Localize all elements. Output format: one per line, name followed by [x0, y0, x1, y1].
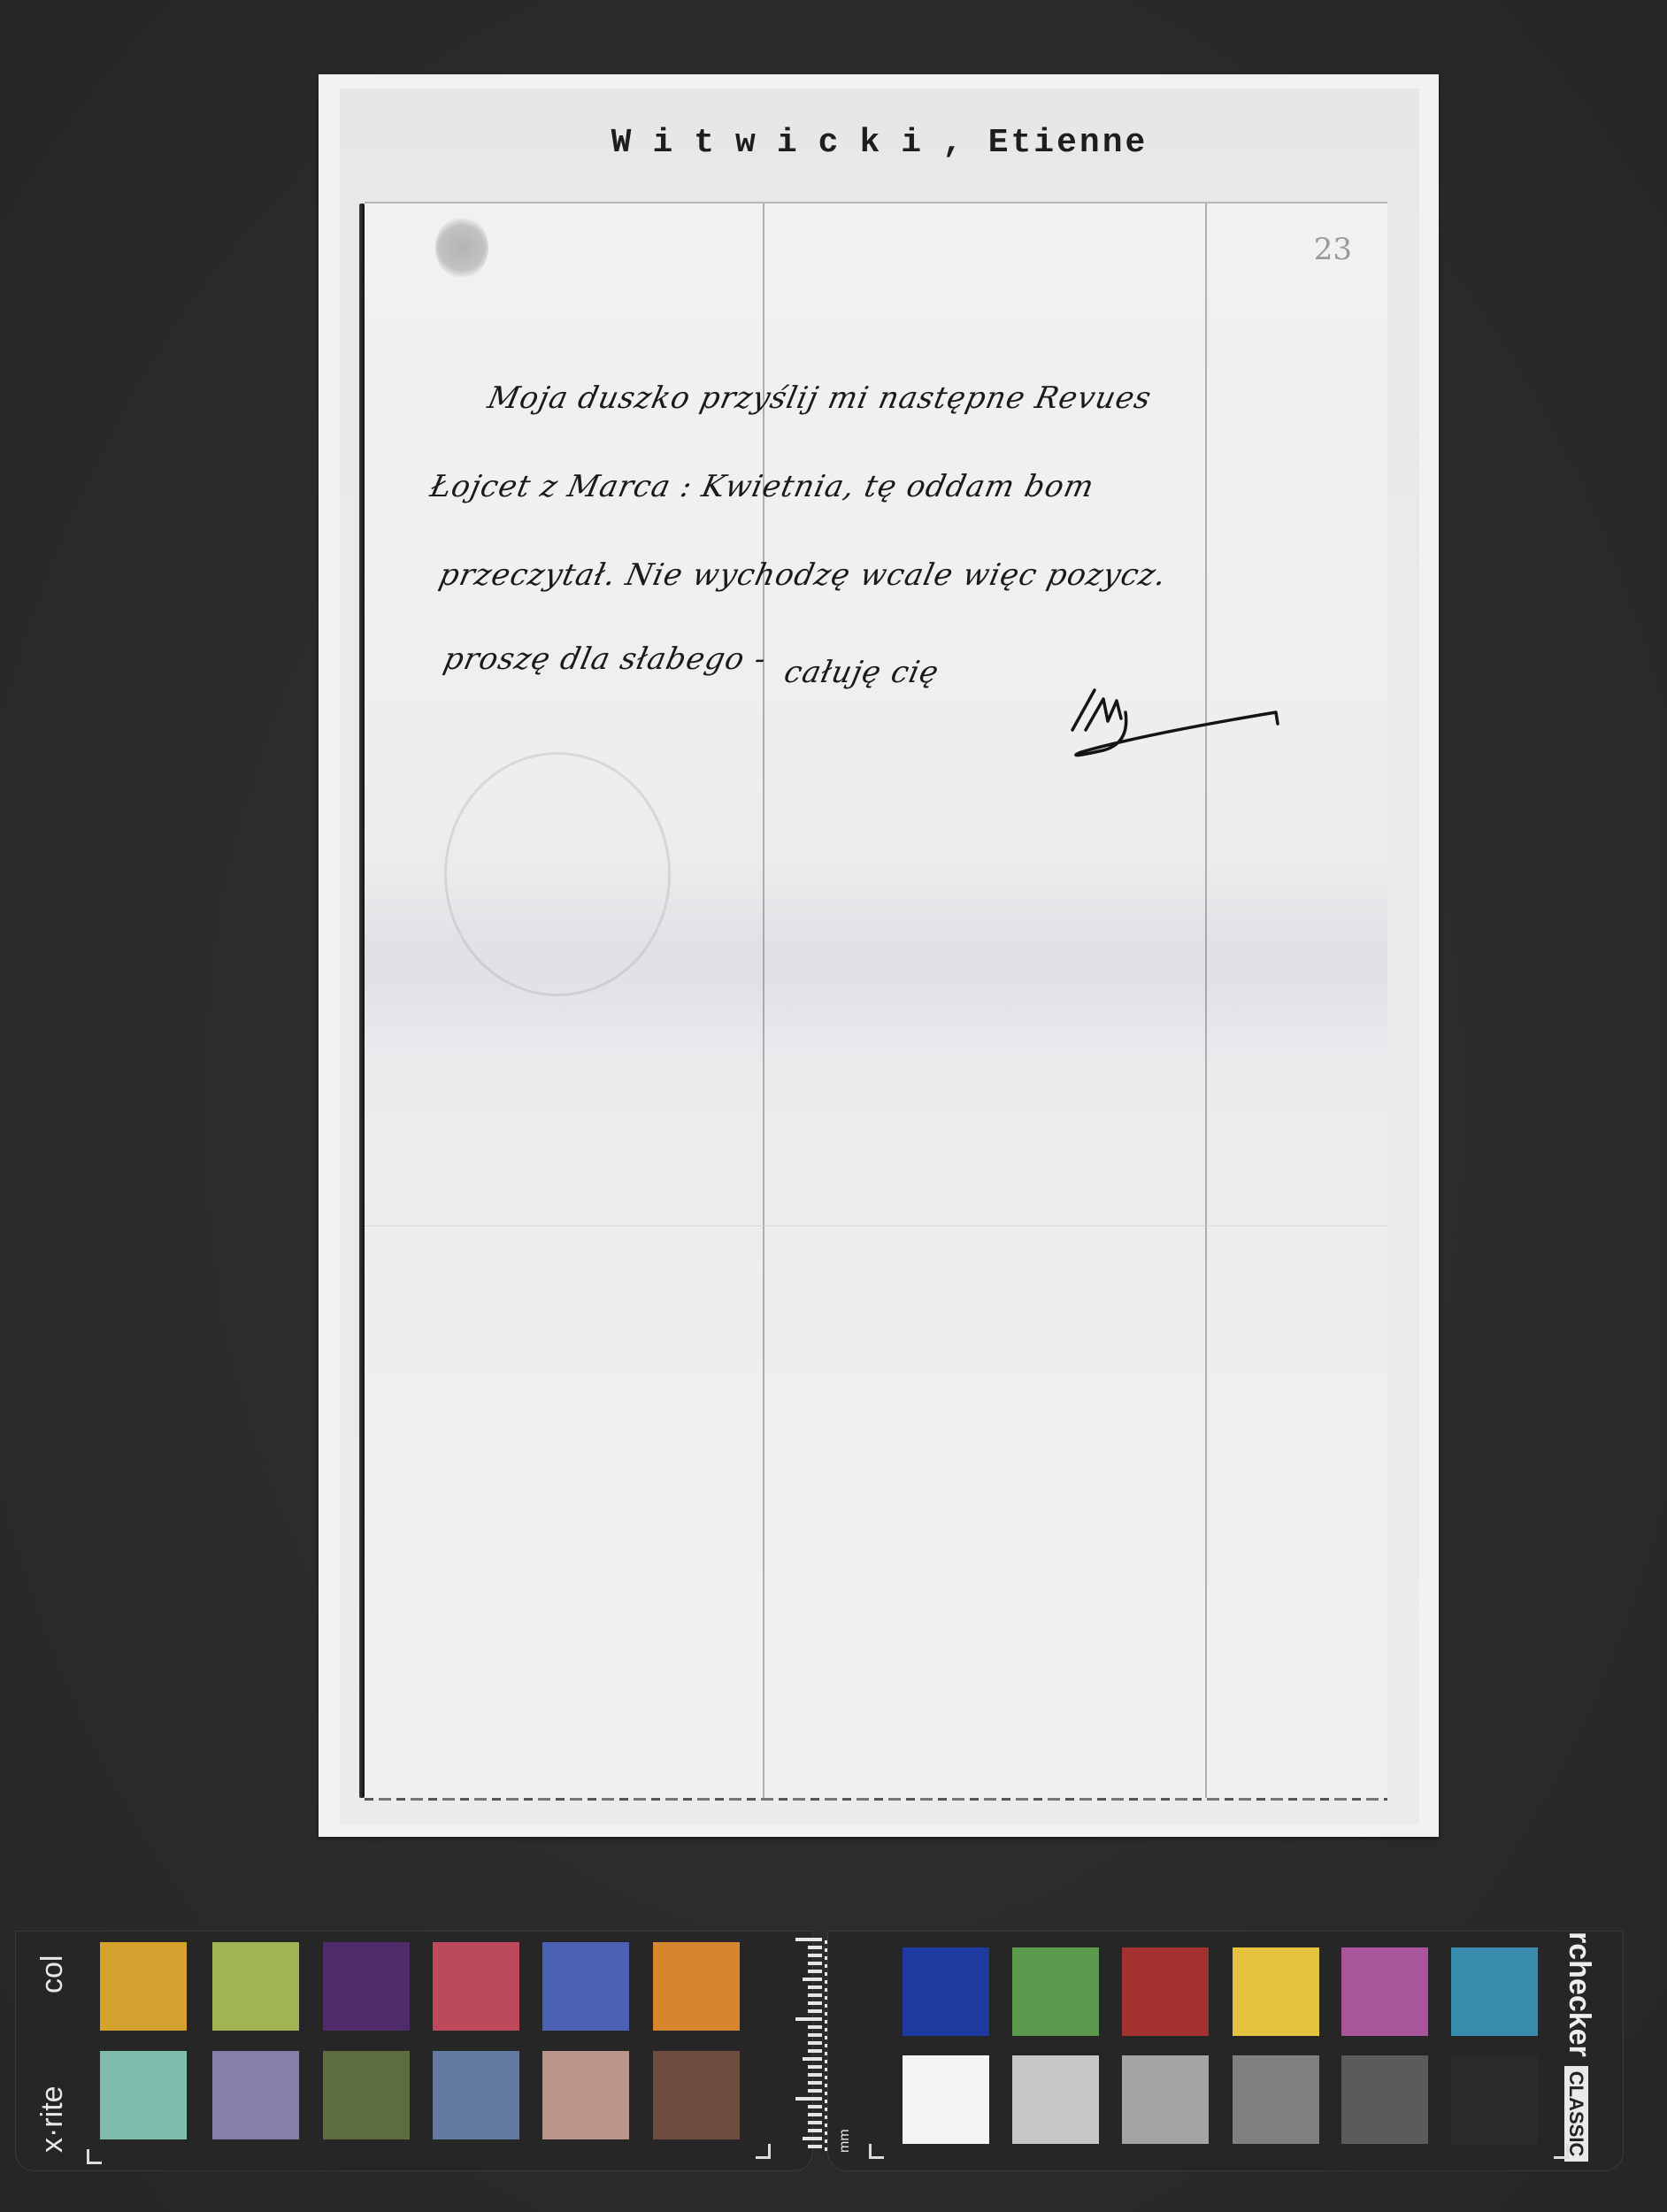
letter-sheet: 23 Moja duszko przyślij mi następne Revu…	[365, 202, 1387, 1798]
patch-yellow-green	[212, 1942, 299, 2031]
ruler-tick	[803, 2137, 822, 2140]
ruler-tick	[808, 2041, 822, 2045]
ruler-tick	[808, 2033, 822, 2037]
patch-neutral-3-5	[1341, 2055, 1428, 2144]
checker-label-fragment: col	[35, 1955, 70, 1993]
patch-black	[1451, 2055, 1538, 2144]
patch-purple	[323, 1942, 410, 2031]
ruler-tick	[808, 2025, 822, 2029]
sheet-bottom-edge	[365, 1798, 1387, 1801]
ruler-tick	[808, 2001, 822, 2005]
header-surname: Witwicki	[611, 124, 942, 162]
ruler-tick	[808, 2129, 822, 2132]
fold-line-horizontal	[365, 1225, 1387, 1226]
letter-line-1: Moja duszko przyślij mi następne Revues	[485, 380, 1155, 416]
ruler-tick	[808, 1970, 822, 1973]
fold-line-vertical-1	[763, 204, 764, 1798]
crop-corner-mark	[869, 2144, 884, 2159]
ruler-tick	[808, 1946, 822, 1949]
patch-neutral-8	[1012, 2055, 1099, 2144]
ruler-tick	[808, 2121, 822, 2124]
crop-corner-mark	[1554, 2144, 1569, 2159]
photographic-print: Witwicki, Etienne 23 Moja duszko przyśli…	[319, 74, 1439, 1837]
ruler-tick	[808, 2145, 822, 2148]
patch-bluish-green	[100, 2051, 187, 2139]
faded-stamp-ring	[444, 752, 671, 996]
letter-line-4: proszę dla słabego -	[441, 641, 770, 677]
ruler-tick	[795, 1938, 822, 1941]
ruler-tick	[808, 2089, 822, 2093]
xrite-brand: x·rite	[35, 2085, 70, 2153]
patch-dark-skin	[653, 2051, 740, 2139]
patch-orange	[653, 1942, 740, 2031]
print-image-area: Witwicki, Etienne 23 Moja duszko przyśli…	[340, 88, 1419, 1824]
patch-white	[903, 2055, 989, 2144]
ruler-tick	[808, 2081, 822, 2085]
patch-blue	[542, 1942, 629, 2031]
patch-yellow	[1233, 1947, 1319, 2036]
ruler-unit-label: mm	[837, 2129, 853, 2153]
wax-seal-mark	[435, 217, 488, 279]
ruler-tick	[803, 2057, 822, 2061]
ruler-tick	[808, 1993, 822, 1997]
patch-foliage	[323, 2051, 410, 2139]
patch-neutral-5	[1233, 2055, 1319, 2144]
checker-brand-label: rcheckerCLASSIC	[1562, 1932, 1596, 2162]
letter-line-3: przeczytał. Nie wychodzę wcale więc pozy…	[436, 557, 1170, 593]
patch-moderate-red	[433, 1942, 519, 2031]
patch-magenta	[1341, 1947, 1428, 2036]
ruler-tick	[795, 2097, 822, 2101]
patch-red-primary	[1122, 1947, 1209, 2036]
header-given-name: Etienne	[988, 124, 1148, 162]
color-checker-left-card: col x·rite	[15, 1931, 813, 2171]
ruler-tick	[808, 2009, 822, 2013]
ruler-tick	[808, 1954, 822, 1957]
patch-blue-sky	[433, 2051, 519, 2139]
ruler-tick	[808, 2065, 822, 2069]
ruler-tick	[795, 2017, 822, 2021]
patch-blue-primary	[903, 1947, 989, 2036]
colorchecker-wordmark: rchecker	[1563, 1932, 1596, 2057]
folio-number: 23	[1314, 232, 1352, 267]
header-separator: ,	[942, 124, 965, 162]
patch-neutral-6-5	[1122, 2055, 1209, 2144]
patch-green-primary	[1012, 1947, 1099, 2036]
ruler-tick	[808, 1985, 822, 1989]
patch-blue-flower	[212, 2051, 299, 2139]
patch-cyan	[1451, 1947, 1538, 2036]
crop-corner-mark	[87, 2149, 102, 2164]
ruler-tick	[808, 1962, 822, 1965]
letter-line-2: Łojcet z Marca : Kwietnia, tę oddam bom	[427, 469, 1098, 504]
ruler-tick	[803, 1978, 822, 1981]
ruler-tick	[808, 2113, 822, 2116]
fold-line-vertical-2	[1205, 204, 1207, 1798]
ruler-tick	[808, 2105, 822, 2108]
patch-light-skin	[542, 2051, 629, 2139]
ruler-tick	[808, 2049, 822, 2053]
signature-flourish	[1055, 681, 1285, 761]
patch-orange-yellow	[100, 1942, 187, 2031]
archive-header-label: Witwicki, Etienne	[340, 124, 1419, 162]
color-checker-right-card: rcheckerCLASSIC mm	[827, 1931, 1624, 2171]
crop-corner-mark	[756, 2144, 771, 2159]
ruler-tick	[808, 2073, 822, 2077]
letter-closing: całuję cię	[781, 655, 942, 690]
